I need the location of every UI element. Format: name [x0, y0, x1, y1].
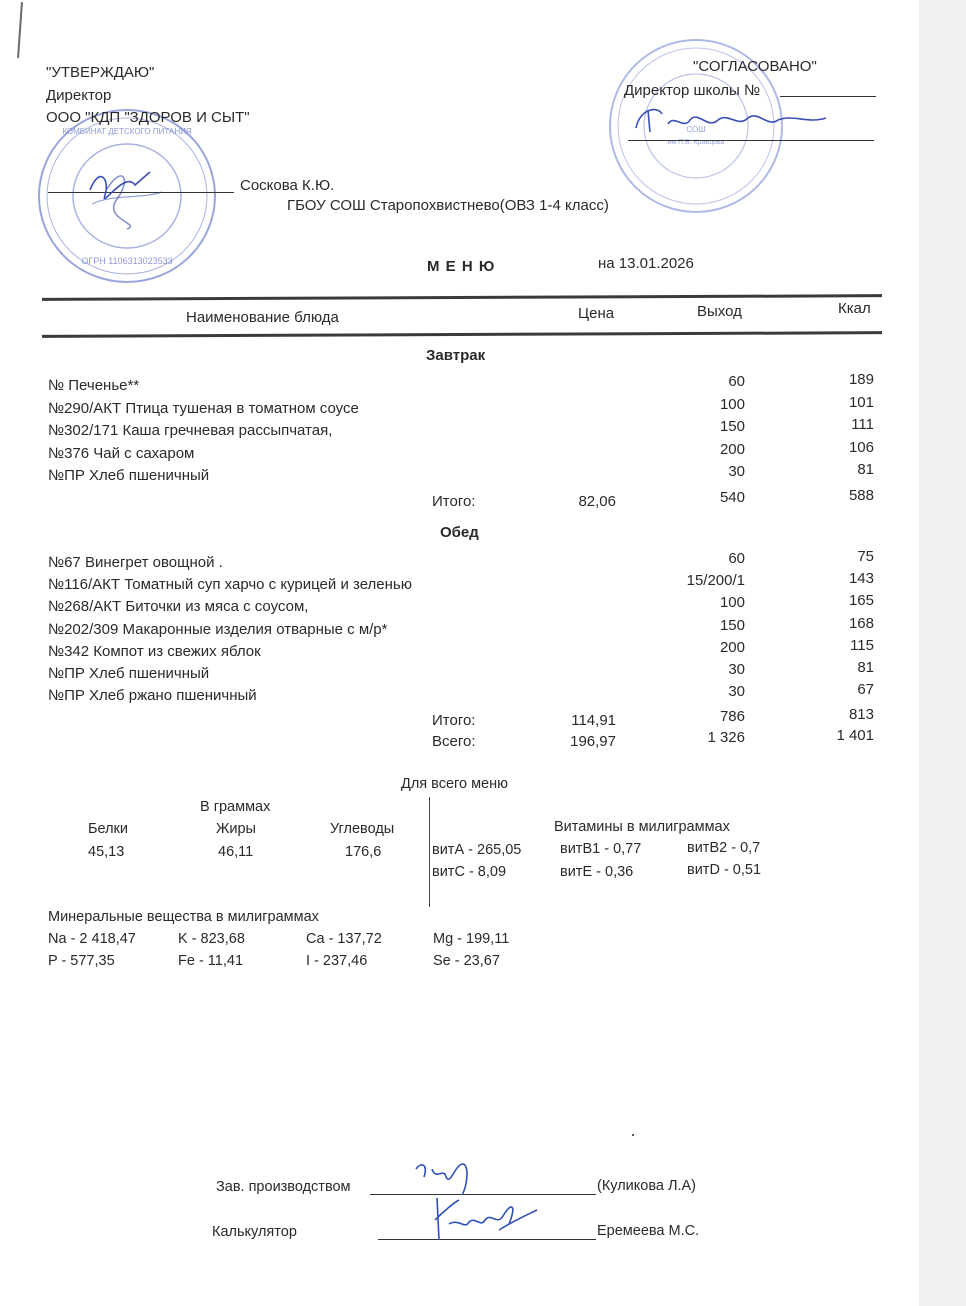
mineral-k: K - 823,68: [178, 931, 245, 947]
dish-output: 100: [720, 396, 745, 413]
section-total-row: Итого:114,91786813: [0, 712, 966, 734]
grand-total-kcal: 1 401: [836, 727, 874, 744]
macro-label-protein: Белки: [88, 821, 128, 837]
vitamins-label: Витамины в милиграммах: [554, 819, 730, 835]
mineral-p: P - 577,35: [48, 953, 115, 969]
dish-kcal: 143: [849, 570, 874, 587]
dish-kcal: 81: [857, 659, 874, 676]
dish-kcal: 67: [857, 681, 874, 698]
macro-label-fat: Жиры: [216, 821, 256, 837]
dish-output: 30: [728, 661, 745, 678]
table-row: №ПР Хлеб пшеничный3081: [0, 467, 966, 489]
dish-output: 60: [728, 373, 745, 390]
nutrition-divider: [429, 797, 430, 907]
dish-output: 60: [728, 550, 745, 567]
dish-output: 15/200/1: [687, 572, 745, 589]
dish-kcal: 165: [849, 592, 874, 609]
agree-number-line: [780, 96, 876, 97]
dish-name: №302/171 Каша гречневая рассыпчатая,: [48, 422, 332, 439]
dish-output: 200: [720, 639, 745, 656]
vitamin-e: витЕ - 0,36: [560, 864, 633, 880]
grand-total-row: Всего: 196,97 1 326 1 401: [0, 733, 966, 755]
dish-name: №ПР Хлеб ржано пшеничный: [48, 687, 257, 704]
approve-organization: ООО "КДП "ЗДОРОВ И СЫТ": [46, 109, 250, 126]
mineral-ca: Ca - 137,72: [306, 931, 382, 947]
column-header-price: Цена: [578, 305, 614, 322]
dish-output: 150: [720, 418, 745, 435]
macro-value-protein: 45,13: [88, 844, 124, 860]
approve-signer: Соскова К.Ю.: [240, 177, 334, 194]
svg-text:ОГРН 1106313023533: ОГРН 1106313023533: [81, 256, 172, 266]
dish-kcal: 111: [851, 416, 874, 433]
signature-role-calculator: Калькулятор: [212, 1224, 297, 1240]
column-header-name: Наименование блюда: [186, 309, 339, 326]
vitamin-d: витD - 0,51: [687, 862, 761, 878]
agree-signature: [628, 100, 838, 145]
grand-total-output: 1 326: [707, 729, 745, 746]
dish-kcal: 106: [849, 439, 874, 456]
dish-output: 150: [720, 617, 745, 634]
dish-name: №ПР Хлеб пшеничный: [48, 467, 209, 484]
dish-name: №116/АКТ Томатный суп харчо с курицей и …: [48, 576, 412, 593]
dish-output: 200: [720, 441, 745, 458]
dish-kcal: 189: [849, 371, 874, 388]
mineral-mg: Mg - 199,11: [433, 931, 509, 947]
mineral-i: I - 237,46: [306, 953, 367, 969]
table-row: №302/171 Каша гречневая рассыпчатая,1501…: [0, 422, 966, 444]
menu-date: на 13.01.2026: [598, 255, 694, 272]
table-row: № Печенье**60189: [0, 377, 966, 399]
mineral-fe: Fe - 11,41: [178, 953, 243, 969]
table-row: №ПР Хлеб пшеничный3081: [0, 665, 966, 687]
signature-name-calculator: Еремеева М.С.: [597, 1223, 699, 1239]
dish-name: №67 Винегрет овощной .: [48, 554, 223, 571]
table-row: №342 Компот из свежих яблок200115: [0, 643, 966, 665]
table-row: №268/АКТ Биточки из мяса с соусом,100165: [0, 598, 966, 620]
dish-name: №290/АКТ Птица тушеная в томатном соусе: [48, 400, 359, 417]
approve-signature: [80, 160, 160, 215]
svg-text:КОМБИНАТ ДЕТСКОГО ПИТАНИЯ: КОМБИНАТ ДЕТСКОГО ПИТАНИЯ: [62, 127, 192, 136]
total-label: Итого:: [432, 712, 475, 729]
table-header-border: [42, 331, 882, 338]
column-header-output: Выход: [697, 303, 742, 320]
mineral-na: Na - 2 418,47: [48, 931, 136, 947]
total-output: 786: [720, 708, 745, 725]
grand-total-price: 196,97: [570, 733, 616, 750]
dish-name: №202/309 Макаронные изделия отварные с м…: [48, 621, 387, 638]
grand-total-label: Всего:: [432, 733, 476, 750]
total-price: 114,91: [571, 712, 616, 729]
dish-output: 30: [728, 683, 745, 700]
table-row: №202/309 Макаронные изделия отварные с м…: [0, 621, 966, 643]
dish-kcal: 81: [857, 461, 874, 478]
agree-role: Директор школы №: [624, 82, 760, 99]
section-title-lunch: Обед: [440, 524, 479, 541]
total-kcal: 813: [849, 706, 874, 723]
scan-dot: [632, 1134, 634, 1136]
dish-name: № Печенье**: [48, 377, 139, 394]
dish-kcal: 168: [849, 615, 874, 632]
dish-output: 30: [728, 463, 745, 480]
total-kcal: 588: [849, 487, 874, 504]
dish-name: №376 Чай с сахаром: [48, 445, 194, 462]
dish-kcal: 115: [850, 637, 874, 654]
total-output: 540: [720, 489, 745, 506]
total-label: Итого:: [432, 493, 475, 510]
nutrition-title: Для всего меню: [401, 776, 508, 792]
scan-artifact-line: [17, 2, 23, 58]
mineral-se: Se - 23,67: [433, 953, 500, 969]
column-header-kcal: Ккал: [838, 300, 871, 317]
table-row: №116/АКТ Томатный суп харчо с курицей и …: [0, 576, 966, 598]
signature-calculator: [425, 1190, 540, 1250]
table-row: №ПР Хлеб ржано пшеничный3067: [0, 687, 966, 709]
macro-value-fat: 46,11: [218, 844, 253, 860]
total-price: 82,06: [578, 493, 616, 510]
vitamin-c: витС - 8,09: [432, 864, 506, 880]
table-top-border: [42, 294, 882, 301]
school-name: ГБОУ СОШ Старопохвистнево(ОВЗ 1-4 класс): [287, 197, 609, 214]
dish-name: №ПР Хлеб пшеничный: [48, 665, 209, 682]
table-row: №67 Винегрет овощной .6075: [0, 554, 966, 576]
dish-name: №268/АКТ Биточки из мяса с соусом,: [48, 598, 308, 615]
grams-label: В граммах: [200, 799, 270, 815]
minerals-label: Минеральные вещества в милиграммах: [48, 909, 319, 925]
dish-kcal: 101: [849, 394, 874, 411]
section-title-breakfast: Завтрак: [426, 347, 485, 364]
table-row: №290/АКТ Птица тушеная в томатном соусе1…: [0, 400, 966, 422]
signature-name-production: (Куликова Л.А): [597, 1178, 696, 1194]
dish-kcal: 75: [857, 548, 874, 565]
menu-title: М Е Н Ю: [427, 258, 495, 275]
approve-role: Директор: [46, 87, 111, 104]
vitamin-a: витА - 265,05: [432, 842, 521, 858]
macro-value-carbs: 176,6: [345, 844, 381, 860]
agree-title: "СОГЛАСОВАНО": [693, 58, 817, 75]
vitamin-b1: витВ1 - 0,77: [560, 841, 641, 857]
macro-label-carbs: Углеводы: [330, 821, 394, 837]
signature-role-production: Зав. производством: [216, 1179, 351, 1195]
approve-title: "УТВЕРЖДАЮ": [46, 64, 154, 81]
table-row: №376 Чай с сахаром200106: [0, 445, 966, 467]
dish-output: 100: [720, 594, 745, 611]
dish-name: №342 Компот из свежих яблок: [48, 643, 261, 660]
section-total-row: Итого:82,06540588: [0, 493, 966, 515]
vitamin-b2: витВ2 - 0,7: [687, 840, 760, 856]
